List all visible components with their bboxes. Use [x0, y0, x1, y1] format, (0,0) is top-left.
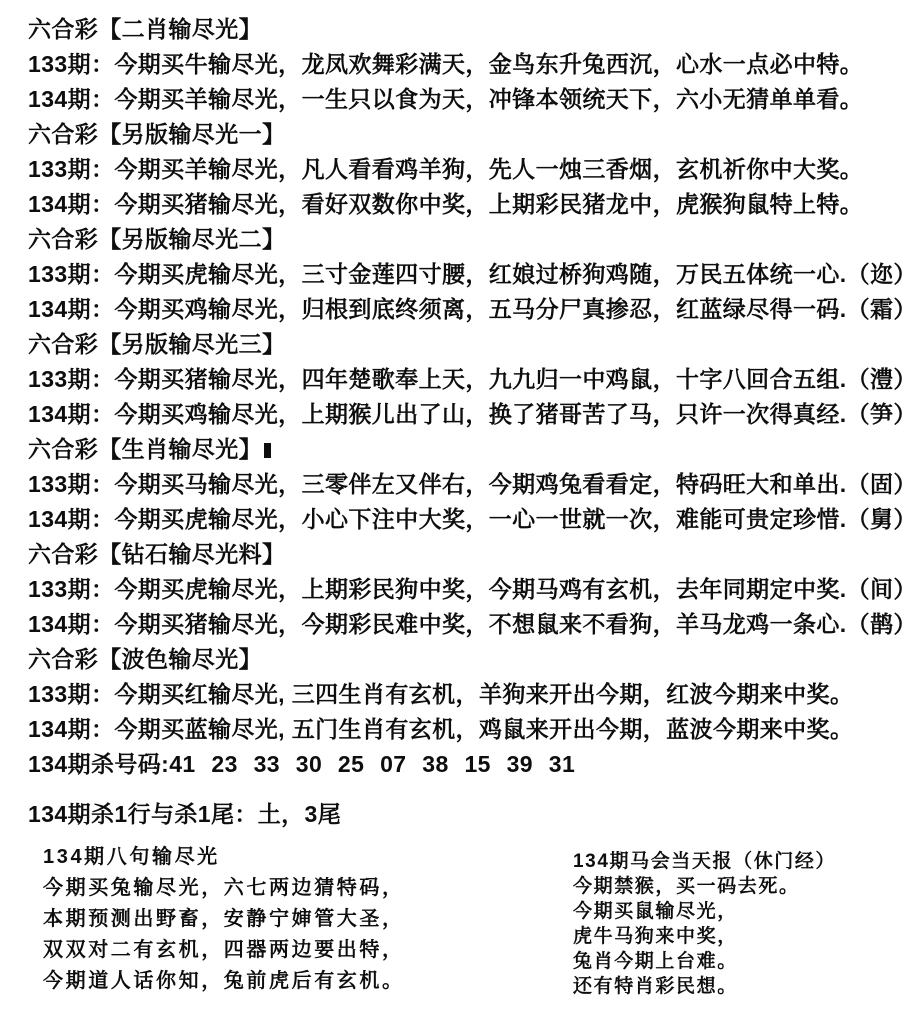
prediction-row-133: 133期：今期买羊输尽光，凡人看看鸡羊狗，先人一烛三香烟，玄机祈你中大奖。	[28, 152, 908, 187]
section-header: 六合彩【另版输尽光三】	[28, 327, 908, 362]
daily-report-block: 134期马会当天报（休门经） 今期禁猴，买一码去死。 今期买鼠输尽光， 虎牛马狗…	[573, 849, 836, 999]
section-diamond: 六合彩【钻石输尽光料】 133期：今期买虎输尽光，上期彩民狗中奖，今期马鸡有玄机…	[28, 537, 908, 642]
prediction-row-134: 134期：今期买鸡输尽光，上期猴儿出了山，换了猪哥苦了马，只许一次得真经.（笋）	[28, 397, 908, 432]
verse-line: 还有特肖彩民想。	[573, 974, 836, 999]
verse-line: 今期买兔输尽光，六七两边猜特码，	[43, 873, 405, 904]
section-alt-version-3: 六合彩【另版输尽光三】 133期：今期买猪输尽光，四年楚歌奉上天，九九归一中鸡鼠…	[28, 327, 908, 432]
section-header-text: 六合彩【生肖输尽光】	[28, 436, 262, 462]
section-header: 六合彩【二肖输尽光】	[28, 12, 908, 47]
prediction-row-134: 134期：今期买猪输尽光，今期彩民难中奖，不想鼠来不看狗，羊马龙鸡一条心.（鹊）	[28, 607, 908, 642]
verse-line: 今期禁猴，买一码去死。	[573, 874, 836, 899]
prediction-row-133: 133期：今期买马输尽光，三零伴左又伴右，今期鸡兔看看定，特码旺大和单出.（固）	[28, 467, 908, 502]
prediction-row-134: 134期：今期买虎输尽光，小心下注中大奖，一心一世就一次，难能可贵定珍惜.（舅）	[28, 502, 908, 537]
section-alt-version-2: 六合彩【另版输尽光二】 133期：今期买虎输尽光，三寸金莲四寸腰，红娘过桥狗鸡随…	[28, 222, 908, 327]
verse-line: 双双对二有玄机，四器两边要出特，	[43, 935, 405, 966]
prediction-row-133: 133期：今期买虎输尽光，上期彩民狗中奖，今期马鸡有玄机，去年同期定中奖.（间）	[28, 572, 908, 607]
section-two-zodiac: 六合彩【二肖输尽光】 133期：今期买牛输尽光，龙凤欢舞彩满天，金鸟东升兔西沉，…	[28, 12, 908, 117]
prediction-row-133: 133期：今期买虎输尽光，三寸金莲四寸腰，红娘过桥狗鸡随，万民五体统一心.（迩）	[28, 257, 908, 292]
prediction-row-133: 133期：今期买牛输尽光，龙凤欢舞彩满天，金鸟东升兔西沉，心水一点必中特。	[28, 47, 908, 82]
prediction-row-133: 133期：今期买猪输尽光，四年楚歌奉上天，九九归一中鸡鼠，十字八回合五组.（澧）	[28, 362, 908, 397]
lottery-tip-sheet-page: 六合彩【二肖输尽光】 133期：今期买牛输尽光，龙凤欢舞彩满天，金鸟东升兔西沉，…	[0, 0, 908, 1024]
main-text-column: 六合彩【二肖输尽光】 133期：今期买牛输尽光，龙凤欢舞彩满天，金鸟东升兔西沉，…	[28, 12, 908, 832]
section-header: 六合彩【生肖输尽光】	[28, 432, 908, 467]
kill-row-tail-line: 134期杀1行与杀1尾：土，3尾	[28, 797, 908, 832]
prediction-row-134: 134期：今期买蓝输尽光, 五门生肖有玄机，鸡鼠来开出今期，蓝波今期来中奖。	[28, 712, 908, 747]
section-alt-version-1: 六合彩【另版输尽光一】 133期：今期买羊输尽光，凡人看看鸡羊狗，先人一烛三香烟…	[28, 117, 908, 222]
eight-line-verse-block: 134期八句输尽光 今期买兔输尽光，六七两边猜特码， 本期预测出野畜，安静宁婶管…	[43, 842, 405, 997]
prediction-row-134: 134期：今期买羊输尽光，一生只以食为天，冲锋本领统天下，六小无猜单单看。	[28, 82, 908, 117]
verse-line: 兔肖今期上台难。	[573, 949, 836, 974]
section-header: 六合彩【另版输尽光二】	[28, 222, 908, 257]
section-header: 六合彩【另版输尽光一】	[28, 117, 908, 152]
prediction-row-133: 133期：今期买红输尽光, 三四生肖有玄机，羊狗来开出今期，红波今期来中奖。	[28, 677, 908, 712]
section-header: 六合彩【钻石输尽光料】	[28, 537, 908, 572]
ink-speck	[264, 443, 271, 458]
kill-numbers-line: 134期杀号码:41 23 33 30 25 07 38 15 39 31	[28, 747, 908, 782]
section-zodiac: 六合彩【生肖输尽光】 133期：今期买马输尽光，三零伴左又伴右，今期鸡兔看看定，…	[28, 432, 908, 537]
verse-line: 今期道人话你知，兔前虎后有玄机。	[43, 966, 405, 997]
verse-line: 本期预测出野畜，安静宁婶管大圣，	[43, 904, 405, 935]
verse-line: 虎牛马狗来中奖，	[573, 924, 836, 949]
prediction-row-134: 134期：今期买猪输尽光，看好双数你中奖，上期彩民猪龙中，虎猴狗鼠特上特。	[28, 187, 908, 222]
section-wave-color: 六合彩【波色输尽光】 133期：今期买红输尽光, 三四生肖有玄机，羊狗来开出今期…	[28, 642, 908, 747]
block-title: 134期马会当天报（休门经）	[573, 849, 836, 874]
verse-line: 今期买鼠输尽光，	[573, 899, 836, 924]
prediction-row-134: 134期：今期买鸡输尽光，归根到底终须离，五马分尸真掺忍，红蓝绿尽得一码.（霜）	[28, 292, 908, 327]
block-title: 134期八句输尽光	[43, 842, 405, 873]
section-header: 六合彩【波色输尽光】	[28, 642, 908, 677]
